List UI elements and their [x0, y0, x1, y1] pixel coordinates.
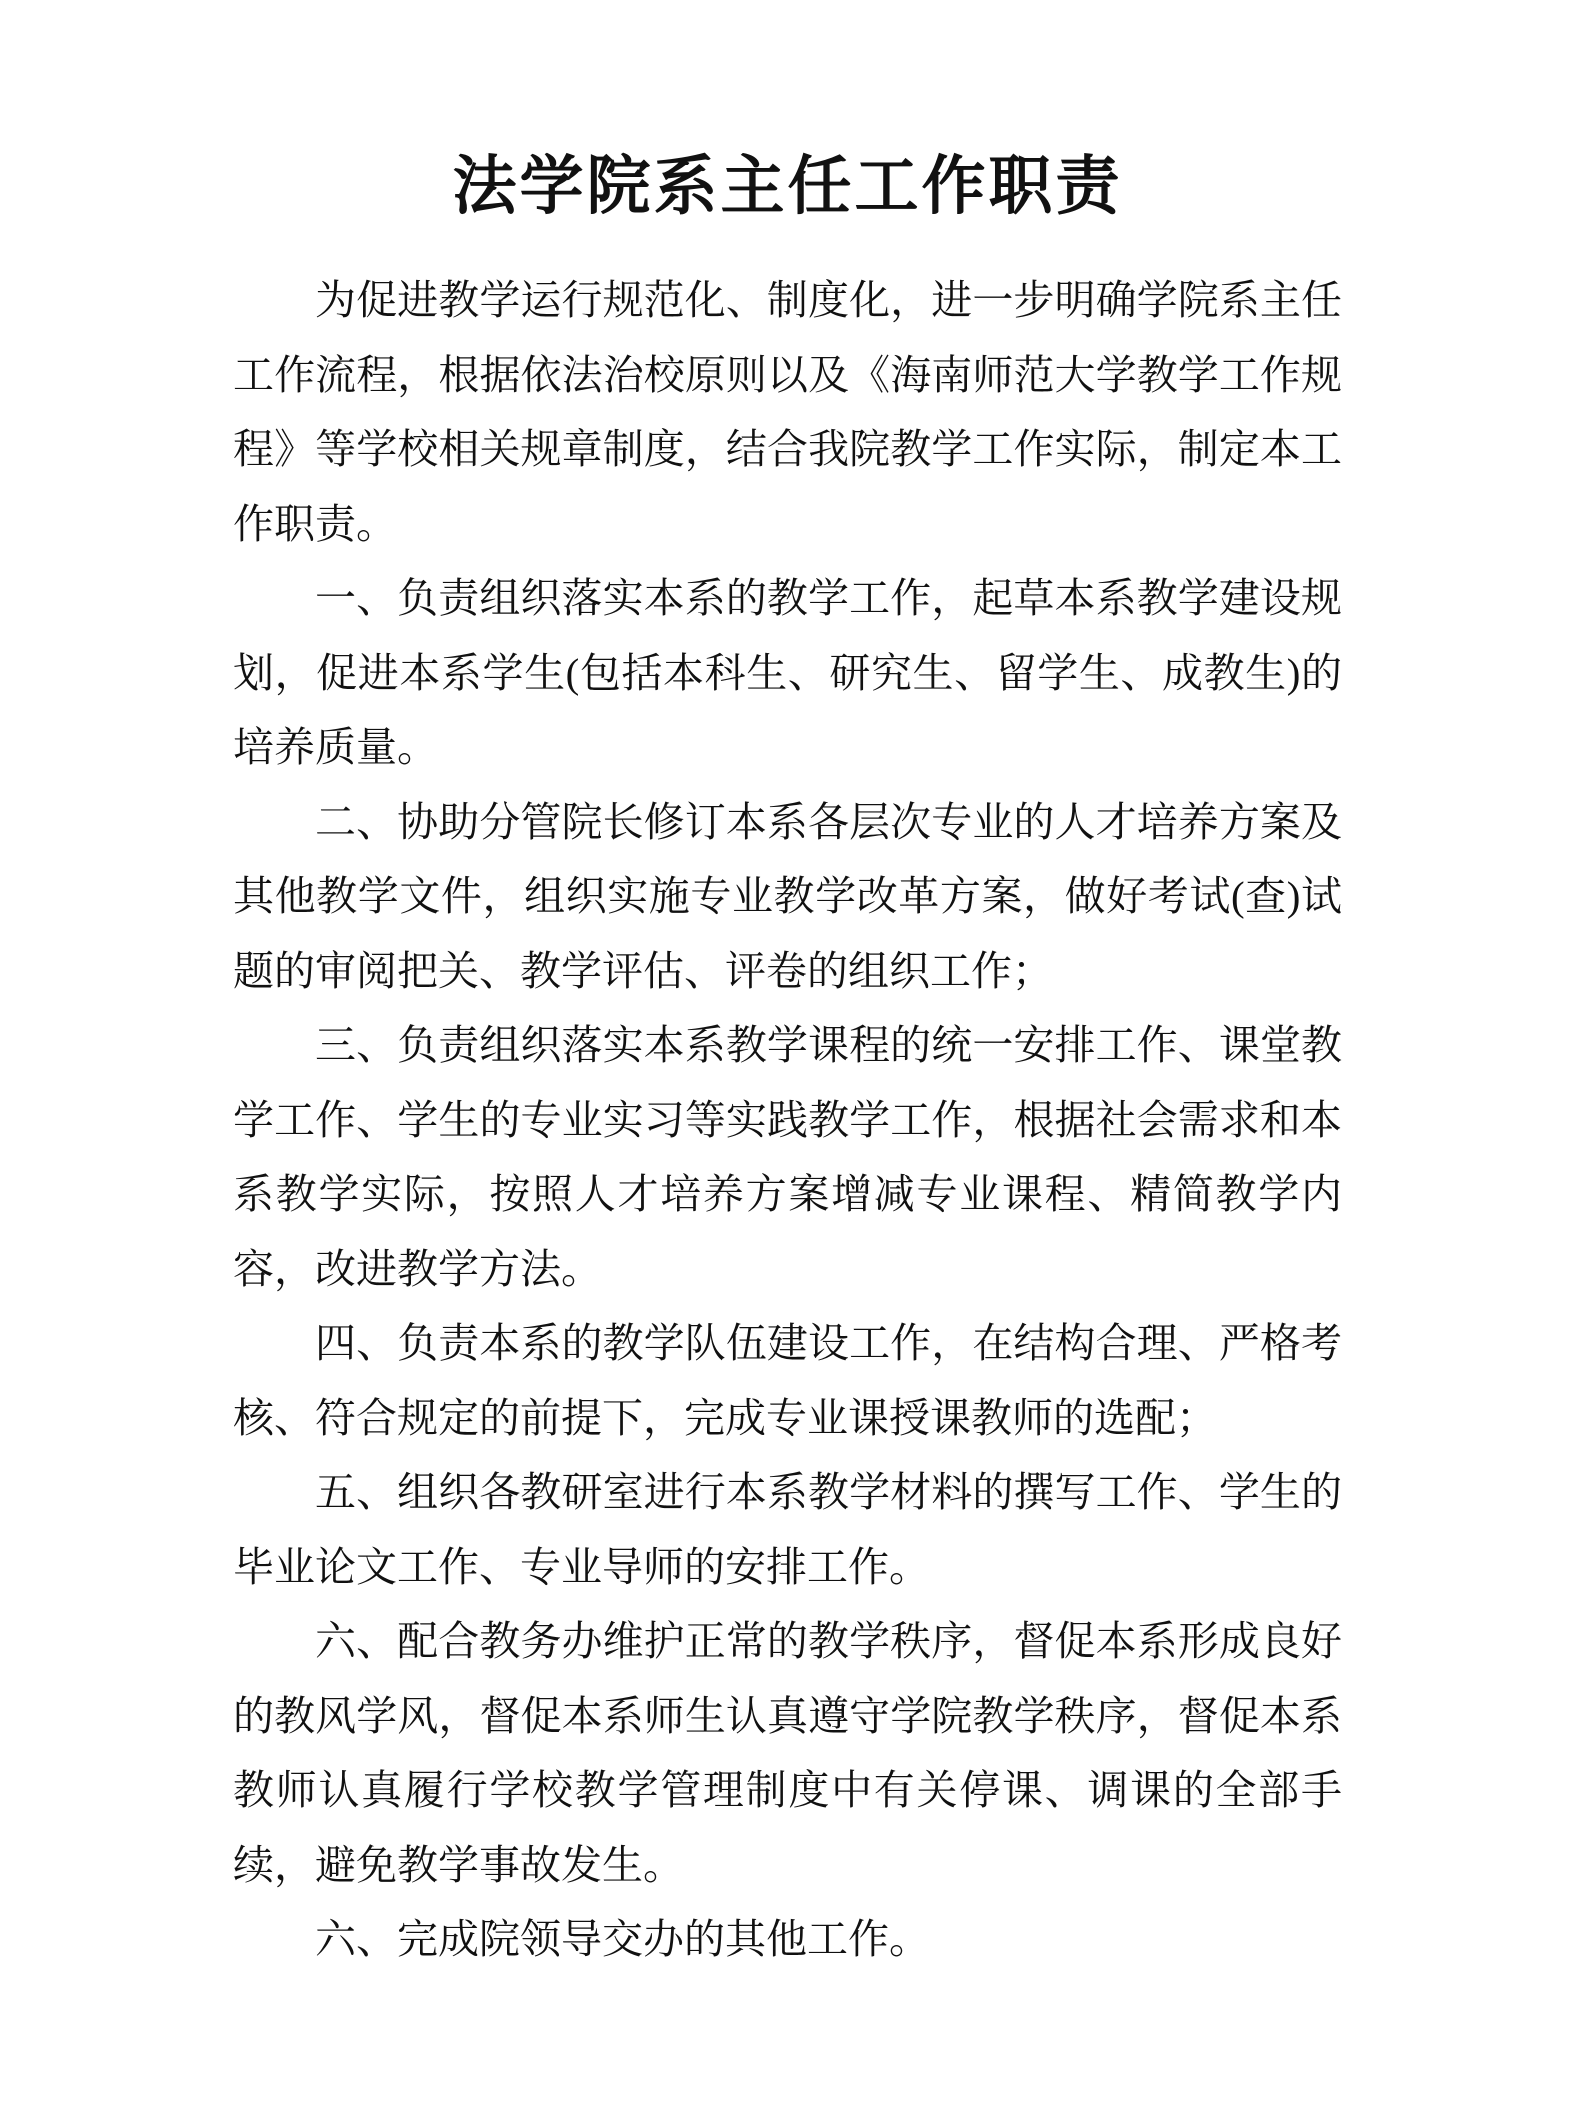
paragraph-intro: 为促进教学运行规范化、制度化，进一步明确学院系主任工作流程，根据依法治校原则以及…	[233, 263, 1342, 561]
document-content: 法学院系主任工作职责 为促进教学运行规范化、制度化，进一步明确学院系主任工作流程…	[233, 0, 1342, 1977]
paragraph-item-4: 四、负责本系的教学队伍建设工作，在结构合理、严格考核、符合规定的前提下，完成专业…	[233, 1306, 1342, 1455]
paragraph-item-1: 一、负责组织落实本系的教学工作，起草本系教学建设规划，促进本系学生(包括本科生、…	[233, 561, 1342, 785]
paragraph-item-6: 六、配合教务办维护正常的教学秩序，督促本系形成良好的教风学风，督促本系师生认真遵…	[233, 1604, 1342, 1902]
paragraph-item-5: 五、组织各教研室进行本系教学材料的撰写工作、学生的毕业论文工作、专业导师的安排工…	[233, 1455, 1342, 1604]
document-page: 法学院系主任工作职责 为促进教学运行规范化、制度化，进一步明确学院系主任工作流程…	[0, 0, 1587, 2119]
paragraph-item-7: 六、完成院领导交办的其他工作。	[233, 1902, 1342, 1977]
paragraph-item-3: 三、负责组织落实本系教学课程的统一安排工作、课堂教学工作、学生的专业实习等实践教…	[233, 1008, 1342, 1306]
document-body: 为促进教学运行规范化、制度化，进一步明确学院系主任工作流程，根据依法治校原则以及…	[233, 263, 1342, 1977]
paragraph-item-2: 二、协助分管院长修订本系各层次专业的人才培养方案及其他教学文件，组织实施专业教学…	[233, 785, 1342, 1009]
page-title: 法学院系主任工作职责	[233, 152, 1342, 222]
